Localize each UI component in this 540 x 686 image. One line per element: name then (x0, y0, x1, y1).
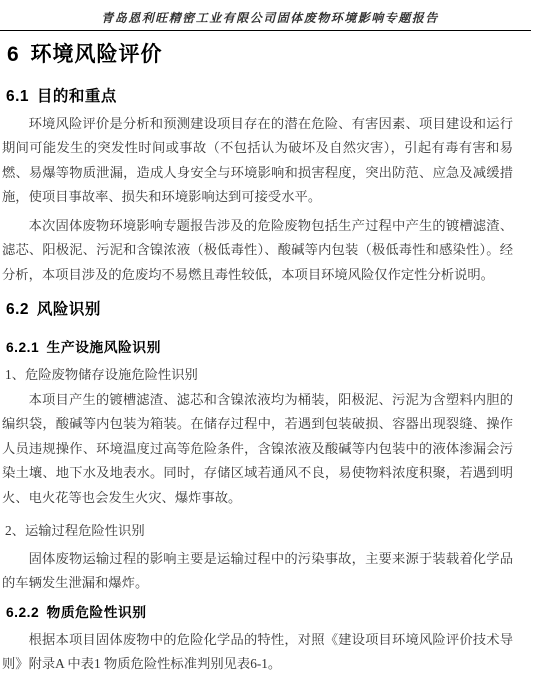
paragraph-substance-hazard: 根据本项目固体废物中的危险化学品的特性，对照《建设项目环境风险评价技术导则》附录… (2, 628, 513, 677)
document-page: 青岛恩利旺精密工业有限公司固体废物环境影响专题报告 6 环境风险评价 6.1 目… (0, 0, 540, 686)
section-heading-6-2: 6.2 风险识别 (6, 297, 101, 319)
list-item-title-transport-risk: 2、运输过程危险性识别 (5, 519, 145, 543)
paragraph-purpose-1: 环境风险评价是分析和预测建设项目存在的潜在危险、有害因素、项目建设和运行期间可能… (2, 112, 513, 210)
header-rule (0, 30, 531, 31)
chapter-heading: 6 环境风险评价 (7, 38, 163, 68)
section-heading-6-2-1: 6.2.1 生产设施风险识别 (6, 336, 161, 356)
paragraph-purpose-2: 本次固体废物环境影响专题报告涉及的危险废物包括生产过程中产生的镀槽滤渣、滤芯、阳… (2, 214, 513, 287)
section-heading-6-2-2: 6.2.2 物质危险性识别 (6, 601, 147, 621)
section-heading-6-1: 6.1 目的和重点 (6, 84, 117, 106)
paragraph-transport-risk: 固体废物运输过程的影响主要是运输过程中的污染事故，主要来源于装载着化学品的车辆发… (2, 547, 513, 596)
list-item-title-storage-risk: 1、危险废物储存设施危险性识别 (5, 363, 198, 387)
paragraph-storage-risk: 本项目产生的镀槽滤渣、滤芯和含镍浓液均为桶装，阳极泥、污泥为含塑料内胆的编织袋，… (2, 388, 513, 510)
page-header-title: 青岛恩利旺精密工业有限公司固体废物环境影响专题报告 (0, 9, 540, 26)
